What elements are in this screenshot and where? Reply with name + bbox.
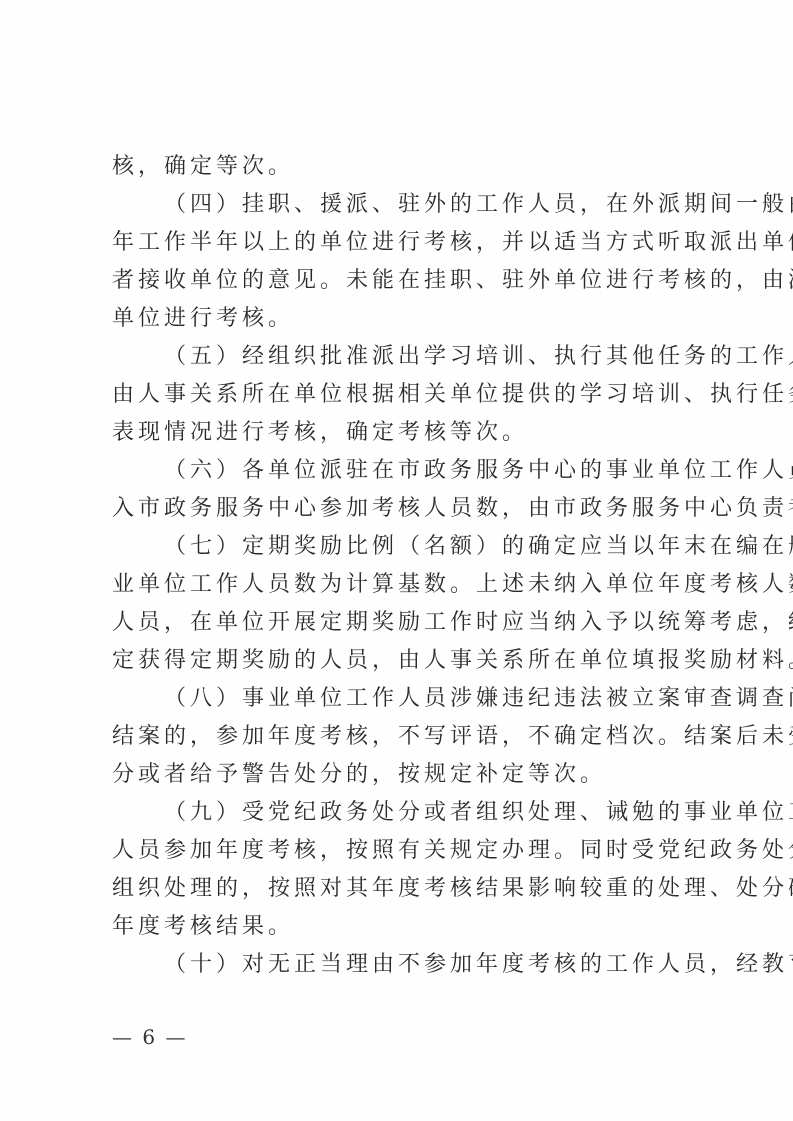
text-line: 入市政务服务中心参加考核人员数，由市政务服务中心负责考核。 xyxy=(112,494,692,524)
text-line: 由人事关系所在单位根据相关单位提供的学习培训、执行任务的 xyxy=(112,380,692,410)
text-line: 组织处理的，按照对其年度考核结果影响较重的处理、处分确定 xyxy=(112,874,692,904)
text-line: 人员参加年度考核，按照有关规定办理。同时受党纪政务处分和 xyxy=(112,836,692,866)
text-line: （五）经组织批准派出学习培训、执行其他任务的工作人员， xyxy=(164,342,692,372)
text-line: （十）对无正当理由不参加年度考核的工作人员，经教育后 xyxy=(164,950,692,980)
text-line: 业单位工作人员数为计算基数。上述未纳入单位年度考核人数的 xyxy=(112,570,692,600)
text-line: 人员，在单位开展定期奖励工作时应当纳入予以统筹考虑，经评 xyxy=(112,608,692,638)
text-line: （八）事业单位工作人员涉嫌违纪违法被立案审查调查尚未 xyxy=(164,684,692,714)
text-line: 表现情况进行考核，确定考核等次。 xyxy=(112,418,692,448)
text-line: 核，确定等次。 xyxy=(112,152,692,182)
text-line: （七）定期奖励比例（名额）的确定应当以年末在编在册事 xyxy=(164,532,692,562)
text-line: 者接收单位的意见。未能在挂职、驻外单位进行考核的，由派出 xyxy=(112,266,692,296)
text-line: （六）各单位派驻在市政务服务中心的事业单位工作人员计 xyxy=(164,456,692,486)
text-line: 年度考核结果。 xyxy=(112,912,692,942)
text-line: 定获得定期奖励的人员，由人事关系所在单位填报奖励材料。 xyxy=(112,646,692,676)
text-line: 结案的，参加年度考核，不写评语，不确定档次。结案后未受处 xyxy=(112,722,692,752)
text-line: 分或者给予警告处分的，按规定补定等次。 xyxy=(112,760,692,790)
text-line: （四）挂职、援派、驻外的工作人员，在外派期间一般由当 xyxy=(164,190,692,220)
text-line: 年工作半年以上的单位进行考核，并以适当方式听取派出单位或 xyxy=(112,228,692,258)
text-line: （九）受党纪政务处分或者组织处理、诫勉的事业单位工作 xyxy=(164,798,692,828)
text-line: 单位进行考核。 xyxy=(112,304,692,334)
document-page: 核，确定等次。（四）挂职、援派、驻外的工作人员，在外派期间一般由当年工作半年以上… xyxy=(0,0,793,1121)
page-number: — 6 — xyxy=(112,1023,187,1051)
